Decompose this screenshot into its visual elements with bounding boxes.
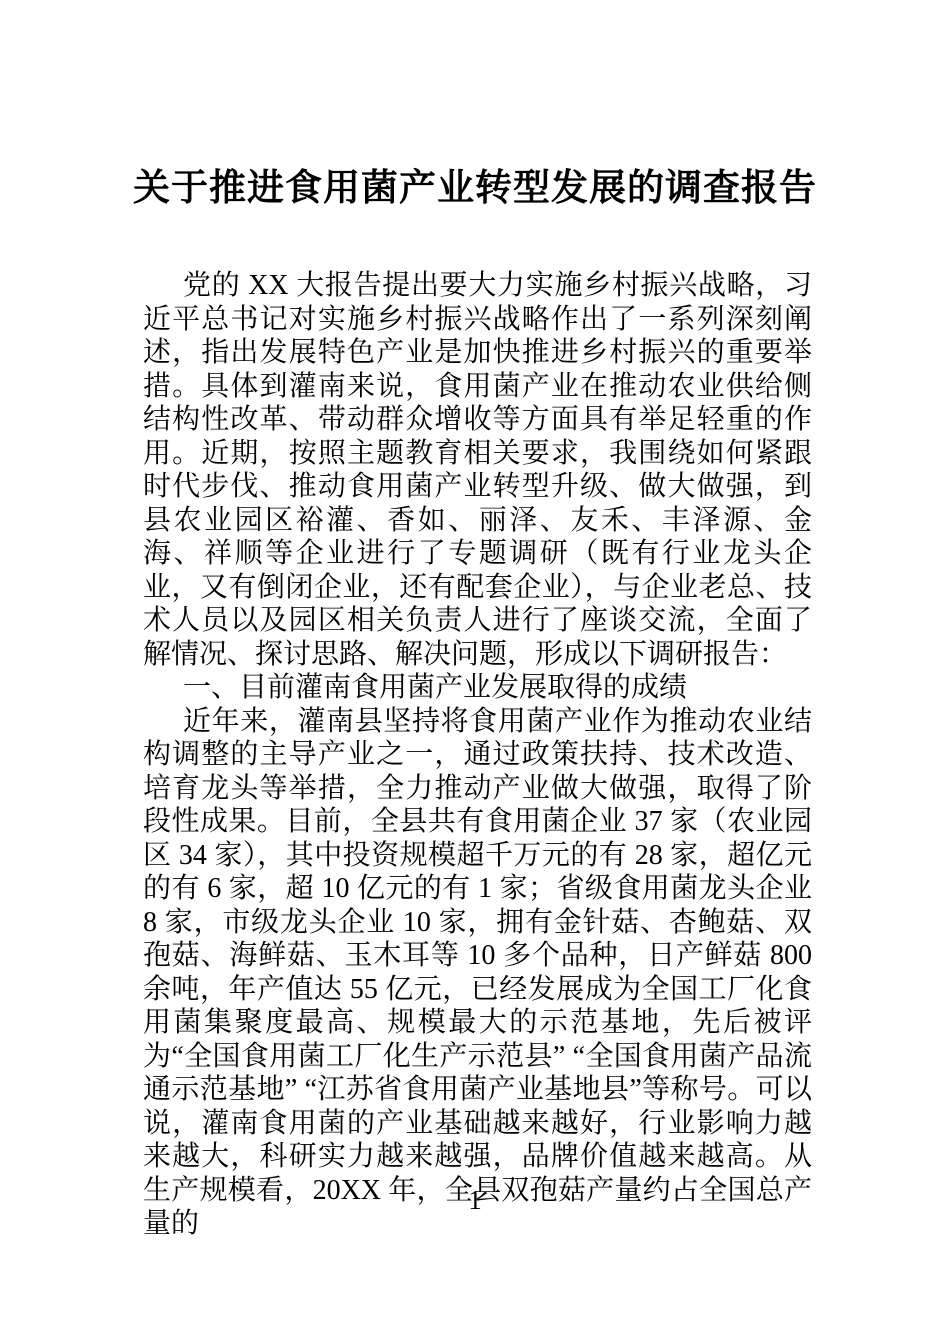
- document-body: 党的 XX 大报告提出要大力实施乡村振兴战略，习近平总书记对实施乡村振兴战略作出…: [0, 269, 950, 1241]
- paragraph-achievements: 近年来，灌南县坚持将食用菌产业作为推动农业结构调整的主导产业之一，通过政策扶持、…: [143, 705, 812, 1241]
- document-page: 关于推进食用菌产业转型发展的调查报告 党的 XX 大报告提出要大力实施乡村振兴战…: [0, 0, 950, 1344]
- page-number: 1: [0, 1185, 950, 1215]
- document-title: 关于推进食用菌产业转型发展的调查报告: [0, 0, 950, 213]
- paragraph-intro: 党的 XX 大报告提出要大力实施乡村振兴战略，习近平总书记对实施乡村振兴战略作出…: [143, 269, 812, 671]
- section-heading-1: 一、目前灌南食用菌产业发展取得的成绩: [143, 671, 812, 705]
